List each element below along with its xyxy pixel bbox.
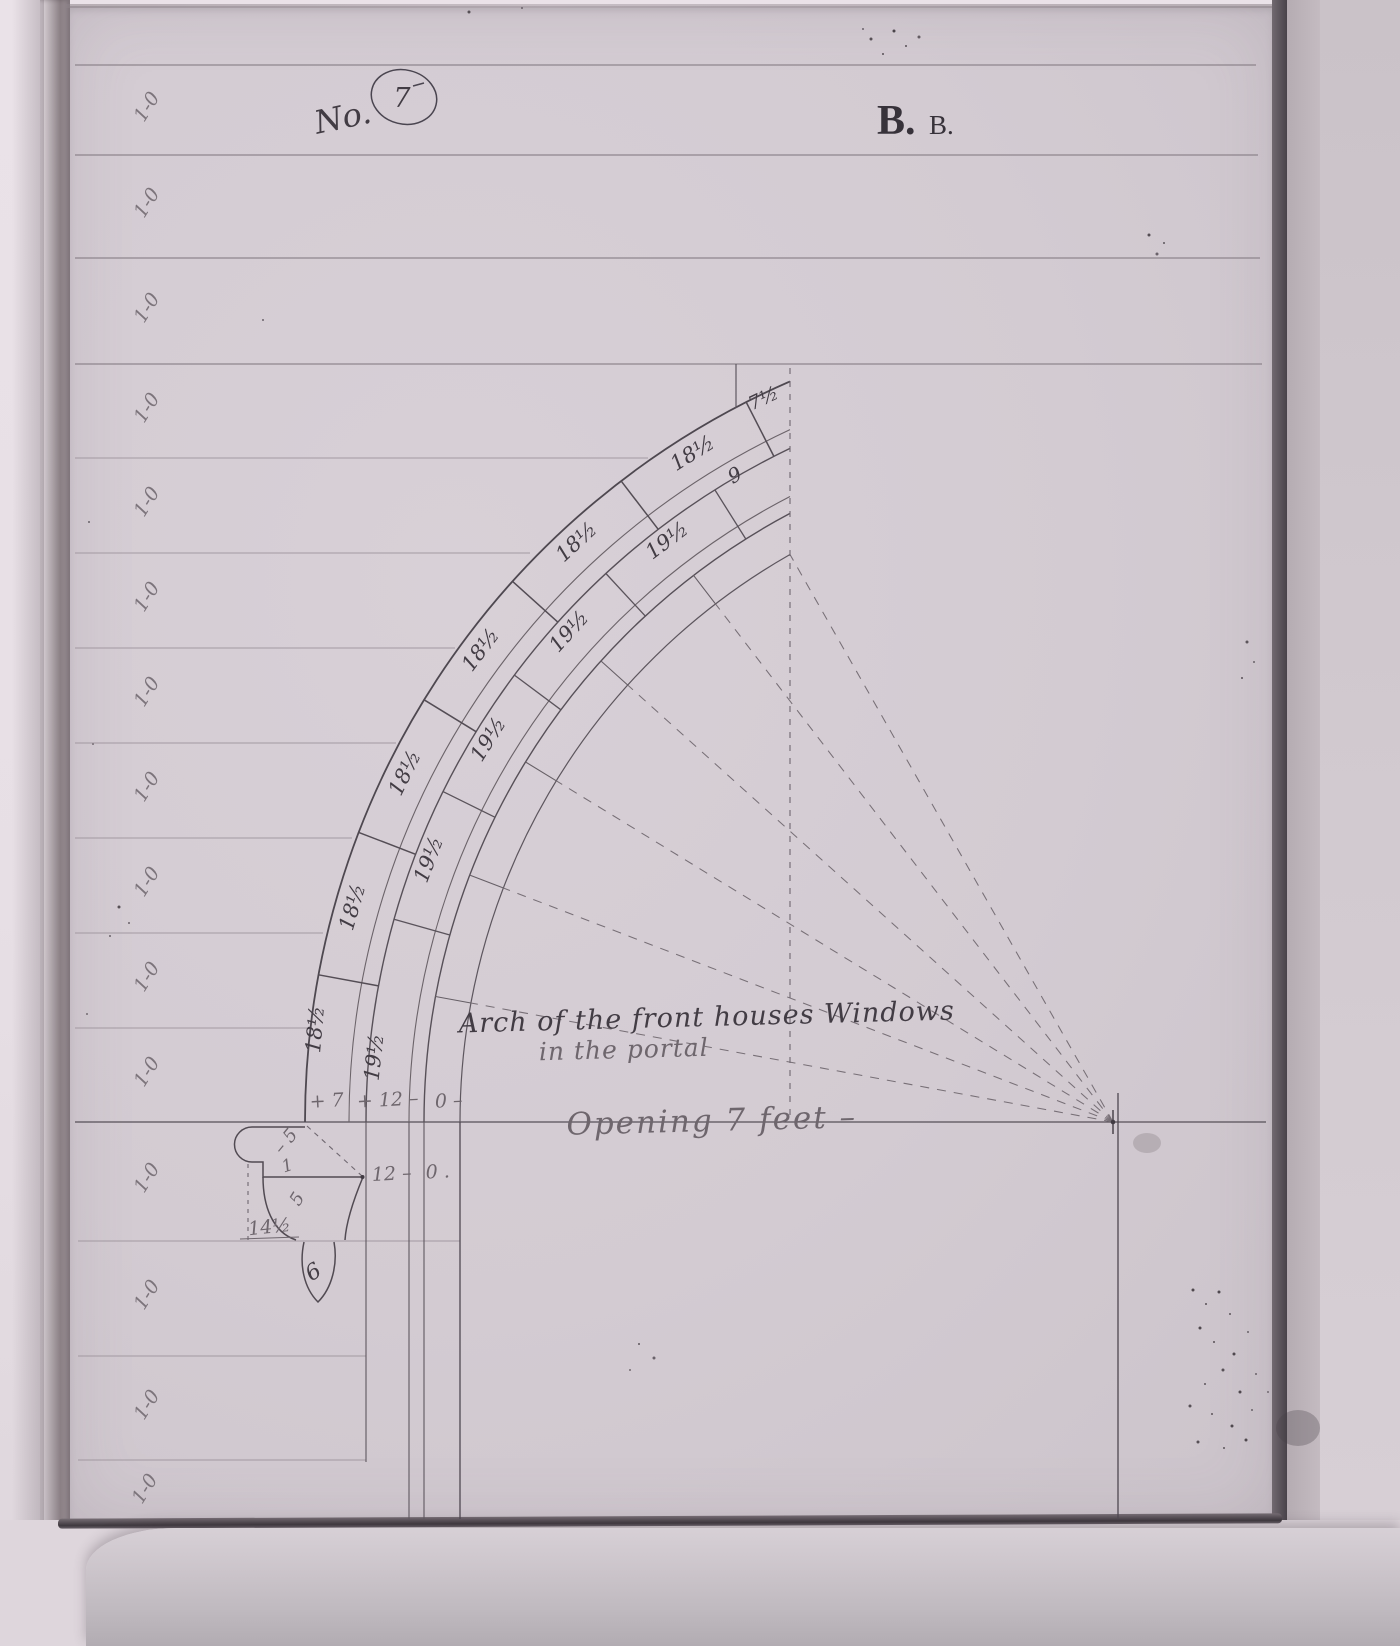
dim-label: 0 . [425, 1160, 450, 1183]
voussoir-label: 18½ [666, 430, 719, 475]
voussoir-labels: 18½ 18½ 18½ 18½ 18½ 18½ 7½ 19½ 19½ 19½ 1… [301, 382, 782, 1082]
dim-label: 14½ [247, 1214, 292, 1240]
margin-mark: 1-0 [129, 958, 164, 996]
margin-mark: 1-0 [129, 578, 164, 616]
voussoir-label: 19½ [641, 517, 693, 564]
joint-line [436, 997, 471, 1004]
voussoir-label: 9 [723, 461, 746, 488]
voussoir-label: 19½ [360, 1033, 389, 1082]
jamb-lines [366, 1093, 1118, 1519]
joint-line [606, 574, 645, 617]
caption-title-line2: in the portal [538, 1033, 709, 1066]
voussoir-label: 18½ [457, 624, 504, 676]
smudge [1276, 1410, 1320, 1446]
margin-mark: 1-0 [129, 1386, 164, 1424]
caption-opening: Opening 7 feet – [566, 1099, 858, 1143]
molding-profile [235, 1127, 364, 1177]
radius-ray [716, 604, 1114, 1122]
voussoir-label: 18½ [384, 747, 426, 800]
dim-label: + 12 – [356, 1087, 419, 1112]
striking-centre [1111, 1110, 1320, 1446]
joint-line [359, 832, 416, 854]
plate-letter-primary: B. [877, 98, 916, 144]
margin-mark: 1-0 [129, 184, 164, 222]
dim-label: + 7 [309, 1089, 345, 1113]
joint-line [470, 875, 504, 888]
molding-labels: – 5 1 5 14½ 6 [247, 1125, 326, 1287]
margin-mark: 1-0 [129, 289, 164, 327]
corner-dot [361, 1175, 365, 1179]
molding-dashed-diagonal [307, 1126, 362, 1176]
joint-line [394, 919, 450, 935]
margin-mark: 1-0 [129, 1276, 164, 1314]
joint-line [514, 675, 561, 710]
margin-mark: 1-0 [129, 1159, 164, 1197]
joint-line [694, 575, 716, 604]
voussoir-label: 18½ [301, 1005, 329, 1054]
joint-line [601, 661, 628, 685]
joint-line [424, 700, 476, 732]
dim-label: 0 – [434, 1089, 463, 1112]
captions: Arch of the front houses Windows in the … [455, 996, 955, 1143]
header-labels: No. 7 B. B. [310, 63, 954, 144]
cavetto-right [345, 1177, 363, 1240]
margin-mark: 1-0 [129, 673, 164, 711]
margin-mark: 1-0 [127, 1470, 162, 1508]
margin-mark: 1-0 [129, 483, 164, 521]
page-number: 7 [393, 83, 411, 114]
plate-letter-secondary: B. [929, 110, 954, 140]
smudge [1133, 1133, 1161, 1153]
radius-ray [790, 555, 1113, 1123]
margin-mark: 1-0 [129, 88, 164, 126]
voussoir-label: 19½ [544, 606, 593, 657]
radius-ray [556, 781, 1113, 1122]
page-number-dash [413, 83, 424, 86]
dim-label: – 5 [269, 1125, 302, 1159]
scanned-drawing-page: No. 7 B. B. 1-0 1-0 1-0 1-0 1-0 1-0 1-0 … [0, 0, 1400, 1646]
margin-marks: 1-0 1-0 1-0 1-0 1-0 1-0 1-0 1-0 1-0 1-0 … [127, 88, 164, 1508]
arch-drawing-svg: No. 7 B. B. 1-0 1-0 1-0 1-0 1-0 1-0 1-0 … [0, 0, 1400, 1646]
joint-line [526, 762, 557, 781]
voussoir-label: 19½ [409, 833, 448, 886]
margin-mark: 1-0 [129, 1053, 164, 1091]
margin-mark: 1-0 [129, 389, 164, 427]
dimension-labels: + 7 + 12 – 0 – 12 – 0 . [309, 1087, 463, 1186]
dim-label: 5 [285, 1189, 309, 1210]
margin-mark: 1-0 [129, 863, 164, 901]
dim-label: 1 [279, 1155, 295, 1177]
page-number-prefix: No. [310, 93, 375, 142]
margin-mark: 1-0 [129, 768, 164, 806]
centre-point [1111, 1120, 1116, 1125]
voussoir-joints [319, 402, 774, 1003]
impost-molding [235, 1126, 365, 1302]
joint-line [513, 581, 558, 622]
joint-line [443, 792, 495, 818]
dim-label: 12 – [371, 1162, 412, 1186]
voussoir-label: 18½ [551, 517, 602, 567]
dim-label: 6 [301, 1258, 326, 1287]
ruled-lines [75, 65, 1266, 1460]
joint-line [319, 975, 379, 986]
